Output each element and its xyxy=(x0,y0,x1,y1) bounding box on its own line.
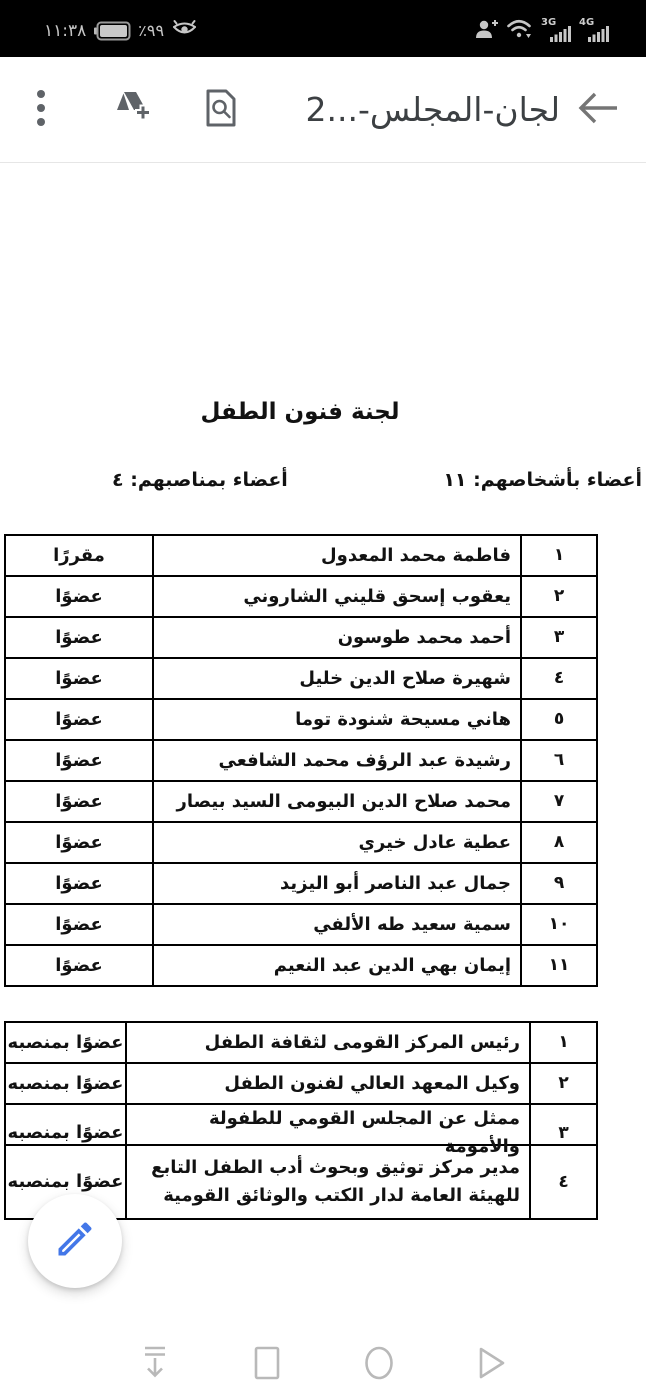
edit-fab[interactable] xyxy=(28,1194,122,1288)
eye-protection-icon xyxy=(171,18,198,44)
status-bar: ١١:٣٨ ٪٩٩ xyxy=(0,0,646,57)
member-name-cell: عطية عادل خيري xyxy=(154,823,522,862)
member-row: عضوًا أحمد محمد طوسون ٣ xyxy=(6,618,596,659)
navigation-bar xyxy=(0,1330,646,1400)
status-bar-left: ١١:٣٨ ٪٩٩ xyxy=(44,18,198,44)
member-number-cell: ٥ xyxy=(522,700,596,739)
member-role-cell: عضوًا xyxy=(6,823,154,862)
signal-3g-icon: 3G xyxy=(541,18,572,44)
member-name-cell: محمد صلاح الدين البيومى السيد بيصار xyxy=(154,782,522,821)
member-role-cell: عضوًا xyxy=(6,864,154,903)
member-name-cell: هاني مسيحة شنودة توما xyxy=(154,700,522,739)
phone-screen: ١١:٣٨ ٪٩٩ xyxy=(0,0,646,1400)
position-name-cell: وكيل المعهد العالي لفنون الطفل xyxy=(127,1064,531,1103)
back-icon xyxy=(475,1343,507,1387)
wifi-icon xyxy=(506,18,534,44)
member-number-cell: ٩ xyxy=(522,864,596,903)
members-table: مقررًا فاطمة محمد المعدول ١ عضوًا يعقوب … xyxy=(4,534,598,987)
position-role-cell: عضوًا بمنصبه xyxy=(6,1023,127,1062)
document-page: لجنة فنون الطفل أعضاء بأشخاصهم: ١١ أعضاء… xyxy=(0,163,646,1330)
signal-4g-icon: 4G xyxy=(579,18,610,44)
position-number-cell: ٤ xyxy=(531,1146,596,1218)
member-row: عضوًا شهيرة صلاح الدين خليل ٤ xyxy=(6,659,596,700)
member-number-cell: ٣ xyxy=(522,618,596,657)
member-number-cell: ٦ xyxy=(522,741,596,780)
member-name-cell: إيمان بهي الدين عبد النعيم xyxy=(154,946,522,985)
member-name-cell: جمال عبد الناصر أبو اليزيد xyxy=(154,864,522,903)
member-role-cell: عضوًا xyxy=(6,782,154,821)
member-row: مقررًا فاطمة محمد المعدول ١ xyxy=(6,536,596,577)
position-name-cell: مدير مركز توثيق وبحوث أدب الطفل التابع ل… xyxy=(127,1146,531,1218)
member-number-cell: ٨ xyxy=(522,823,596,862)
status-time: ١١:٣٨ xyxy=(44,21,86,41)
member-role-cell: عضوًا xyxy=(6,905,154,944)
overflow-menu-button[interactable] xyxy=(18,86,64,134)
member-row: عضوًا سمية سعيد طه الألفي ١٠ xyxy=(6,905,596,946)
find-in-file-icon xyxy=(204,88,238,132)
member-role-cell: عضوًا xyxy=(6,618,154,657)
member-row: عضوًا رشيدة عبد الرؤف محمد الشافعي ٦ xyxy=(6,741,596,782)
position-name-cell: رئيس المركز القومى لثقافة الطفل xyxy=(127,1023,531,1062)
member-row: عضوًا عطية عادل خيري ٨ xyxy=(6,823,596,864)
status-bar-right: 3G 4G xyxy=(474,18,610,44)
battery-icon xyxy=(93,21,131,41)
recents-icon xyxy=(252,1344,282,1386)
recents-button[interactable] xyxy=(247,1343,287,1387)
position-row: عضوًا بمنصبه وكيل المعهد العالي لفنون ال… xyxy=(6,1064,596,1105)
member-role-cell: عضوًا xyxy=(6,946,154,985)
member-name-cell: شهيرة صلاح الدين خليل xyxy=(154,659,522,698)
document-file-title: لجان-المجلس-...2 xyxy=(254,90,560,129)
back-arrow-icon xyxy=(577,90,619,130)
back-button[interactable] xyxy=(574,86,622,134)
member-row: عضوًا محمد صلاح الدين البيومى السيد بيصا… xyxy=(6,782,596,823)
member-row: عضوًا يعقوب إسحق قليني الشاروني ٢ xyxy=(6,577,596,618)
member-name-cell: فاطمة محمد المعدول xyxy=(154,536,522,575)
position-number-cell: ١ xyxy=(531,1023,596,1062)
member-name-cell: رشيدة عبد الرؤف محمد الشافعي xyxy=(154,741,522,780)
add-to-drive-button[interactable] xyxy=(108,86,154,134)
member-role-cell: مقررًا xyxy=(6,536,154,575)
find-in-file-button[interactable] xyxy=(198,86,244,134)
member-row: عضوًا جمال عبد الناصر أبو اليزيد ٩ xyxy=(6,864,596,905)
battery-percent: ٪٩٩ xyxy=(138,21,164,40)
position-number-cell: ٢ xyxy=(531,1064,596,1103)
overflow-menu-icon xyxy=(36,89,46,131)
positions-table: عضوًا بمنصبه رئيس المركز القومى لثقافة ا… xyxy=(4,1021,598,1220)
member-role-cell: عضوًا xyxy=(6,659,154,698)
back-nav-button[interactable] xyxy=(471,1343,511,1387)
home-icon xyxy=(362,1343,396,1387)
members-count-header: أعضاء بأشخاصهم: ١١ xyxy=(443,469,642,491)
member-number-cell: ١٠ xyxy=(522,905,596,944)
member-number-cell: ١ xyxy=(522,536,596,575)
position-row: عضوًا بمنصبه رئيس المركز القومى لثقافة ا… xyxy=(6,1023,596,1064)
member-row: عضوًا إيمان بهي الدين عبد النعيم ١١ xyxy=(6,946,596,985)
member-name-cell: أحمد محمد طوسون xyxy=(154,618,522,657)
edit-pencil-icon xyxy=(53,1217,97,1265)
positions-count-header: أعضاء بمناصبهم: ٤ xyxy=(112,469,288,491)
member-role-cell: عضوًا xyxy=(6,700,154,739)
member-name-cell: سمية سعيد طه الألفي xyxy=(154,905,522,944)
drive-add-icon xyxy=(109,89,153,131)
member-number-cell: ١١ xyxy=(522,946,596,985)
home-button[interactable] xyxy=(359,1343,399,1387)
member-row: عضوًا هاني مسيحة شنودة توما ٥ xyxy=(6,700,596,741)
member-role-cell: عضوًا xyxy=(6,741,154,780)
hide-navbar-icon xyxy=(138,1344,172,1386)
member-name-cell: يعقوب إسحق قليني الشاروني xyxy=(154,577,522,616)
member-role-cell: عضوًا xyxy=(6,577,154,616)
app-bar: لجان-المجلس-...2 xyxy=(0,57,646,163)
member-number-cell: ٢ xyxy=(522,577,596,616)
member-number-cell: ٧ xyxy=(522,782,596,821)
member-number-cell: ٤ xyxy=(522,659,596,698)
hide-navbar-button[interactable] xyxy=(135,1343,175,1387)
position-role-cell: عضوًا بمنصبه xyxy=(6,1064,127,1103)
position-row: عضوًا بمنصبه ممثل عن المجلس القومي للطفو… xyxy=(6,1105,596,1146)
committee-title: لجنة فنون الطفل xyxy=(0,399,600,425)
add-contact-icon xyxy=(474,18,499,44)
